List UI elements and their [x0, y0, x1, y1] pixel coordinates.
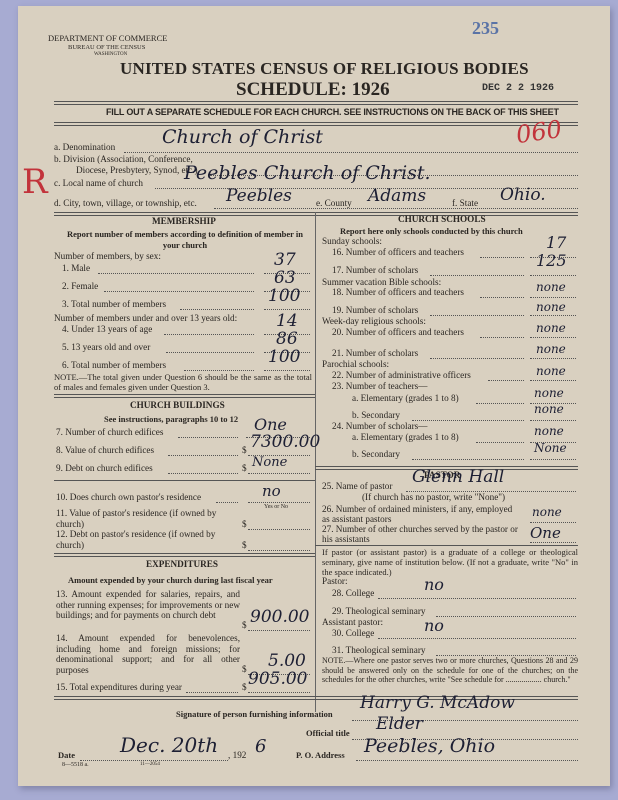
weekday-scholars-value[interactable]: none — [536, 342, 566, 356]
school-row-label: 24. Number of scholars— — [332, 421, 427, 432]
residence-value-field[interactable] — [248, 529, 310, 530]
sunday-officers-value[interactable]: 17 — [546, 233, 566, 252]
edifices-value[interactable]: 7300.00 — [250, 432, 320, 452]
total-expenditures-value[interactable]: 905.00 — [248, 669, 307, 689]
pastor-college-label: 28. College — [332, 588, 374, 599]
school-row-label: 21. Number of scholars — [332, 348, 418, 359]
date-label: Date — [58, 750, 75, 761]
expenditure-row-label: 15. Total expenditures during year — [56, 682, 182, 693]
county-label: e. County — [316, 198, 352, 209]
school-row-label: 19. Number of scholars — [332, 305, 418, 316]
weekday-schools-label: Week-day religious schools: — [322, 316, 426, 327]
division-label: b. Division (Association, Conference, — [54, 154, 193, 165]
secondary-scholars-value[interactable]: None — [534, 441, 567, 455]
sunday-schools-label: Sunday schools: — [322, 236, 382, 247]
membership-subtitle: Report number of members according to de… — [60, 229, 310, 251]
yes-no-hint: Yes or No — [264, 504, 288, 510]
pastor-name-hint: (If church has no pastor, write "None") — [362, 492, 505, 503]
weekday-officers-value[interactable]: none — [536, 321, 566, 335]
form-subtitle: SCHEDULE: 1926 — [236, 79, 390, 101]
denomination-label: a. Denomination — [54, 142, 115, 153]
department-label: DEPARTMENT OF COMMERCE — [48, 33, 167, 44]
pastor-name-label: 25. Name of pastor — [322, 481, 392, 492]
school-row-label: 23. Number of teachers— — [332, 381, 427, 392]
school-row-label: 20. Number of officers and teachers — [332, 327, 464, 338]
under-13-count[interactable]: 14 — [276, 311, 298, 331]
school-row-label: b. Secondary — [352, 410, 400, 421]
elementary-scholars-value[interactable]: none — [534, 424, 564, 438]
school-row-label: 17. Number of scholars — [332, 265, 418, 276]
school-row-label: 18. Number of officers and teachers — [332, 287, 464, 298]
city-value[interactable]: Peebles — [226, 186, 292, 206]
assistant-college-label: 30. College — [332, 628, 374, 639]
expenditures-subtitle: Amount expended by your church during la… — [68, 575, 273, 586]
division-label-2: Diocese, Presbytery, Synod, etc.) — [76, 165, 198, 176]
edifices-debt-value[interactable]: None — [252, 455, 287, 470]
assistant-ministers-value[interactable]: none — [532, 505, 562, 519]
membership-row-label: 1. Male — [62, 263, 90, 274]
divider — [54, 101, 578, 105]
divider — [54, 553, 315, 557]
membership-row-label: 6. Total number of members — [62, 360, 166, 371]
school-row-label: 22. Number of administrative officers — [332, 370, 471, 381]
local-name-label: c. Local name of church — [54, 178, 143, 189]
buildings-title: CHURCH BUILDINGS — [130, 400, 225, 411]
other-churches-label: 27. Number of other churches served by t… — [322, 524, 522, 544]
parochial-admin-value[interactable]: none — [536, 364, 566, 378]
assistant-seminary-label: 31. Theological seminary — [332, 645, 425, 656]
year-prefix: , 192 — [228, 750, 246, 761]
membership-row-label: 3. Total number of members — [62, 299, 166, 310]
assistant-subsection-label: Assistant pastor: — [322, 617, 383, 628]
official-title-label: Official title — [306, 728, 350, 739]
building-row-label: 12. Debt on pastor's residence (if owned… — [56, 529, 242, 551]
date-value[interactable]: Dec. 20th — [120, 733, 218, 757]
pastor-seminary-field[interactable] — [436, 616, 576, 617]
received-date-stamp: DEC 2 2 1926 — [482, 83, 554, 94]
signature-label: Signature of person furnishing informati… — [176, 709, 333, 720]
divider — [54, 212, 578, 216]
age-label: Number of members under and over 13 year… — [54, 313, 237, 324]
total-members-by-age-count[interactable]: 100 — [268, 347, 300, 367]
elementary-teachers-value[interactable]: none — [534, 386, 564, 400]
running-expenses-value[interactable]: 900.00 — [250, 607, 309, 627]
red-review-mark: R — [22, 162, 48, 202]
city-label: d. City, town, village, or township, etc… — [54, 198, 197, 209]
benevolences-value[interactable]: 5.00 — [268, 651, 306, 671]
by-sex-label: Number of members, by sex: — [54, 251, 161, 262]
state-label: f. State — [452, 198, 478, 209]
membership-row-label: 5. 13 years old and over — [62, 342, 150, 353]
parochial-schools-label: Parochial schools: — [322, 359, 389, 370]
over-13-count[interactable]: 86 — [276, 329, 298, 349]
secondary-teachers-value[interactable]: none — [534, 402, 564, 416]
buildings-subtitle: See instructions, paragraphs 10 to 12 — [104, 414, 238, 425]
assistant-ministers-label: 26. Number of ordained ministers, if any… — [322, 504, 522, 524]
form-title: UNITED STATES CENSUS OF RELIGIOUS BODIES — [120, 59, 529, 79]
sunday-scholars-value[interactable]: 125 — [536, 251, 567, 270]
po-address-value[interactable]: Peebles, Ohio — [364, 735, 495, 757]
expenditures-title: EXPENDITURES — [146, 559, 218, 570]
building-row-label: 9. Debt on church edifices — [56, 463, 153, 474]
po-address-label: P. O. Address — [296, 750, 345, 761]
residence-debt-field[interactable] — [248, 550, 310, 551]
expenditure-row-label: 14. Amount expended for benevolences, in… — [56, 633, 240, 675]
male-count[interactable]: 37 — [274, 250, 296, 270]
official-title-value[interactable]: Elder — [376, 714, 423, 734]
form-code: 8—5518 a. — [62, 762, 89, 768]
female-count[interactable]: 63 — [274, 268, 296, 288]
membership-row-label: 2. Female — [62, 281, 98, 292]
other-churches-value[interactable]: One — [530, 524, 561, 542]
serial-number: 235 — [472, 18, 499, 39]
denomination-value[interactable]: Church of Christ — [162, 126, 323, 148]
total-members-count[interactable]: 100 — [268, 286, 300, 306]
building-row-label: 10. Does church own pastor's residence — [56, 492, 201, 503]
state-value[interactable]: Ohio. — [500, 185, 546, 205]
schools-title: CHURCH SCHOOLS — [398, 214, 486, 225]
bureau-label: BUREAU OF THE CENSUS — [68, 44, 145, 51]
school-row-label: 16. Number of officers and teachers — [332, 247, 464, 258]
divider — [54, 394, 315, 398]
instruction-banner: FILL OUT A SEPARATE SCHEDULE FOR EACH CH… — [106, 107, 559, 117]
pastor-college-value[interactable]: no — [424, 575, 444, 594]
building-row-label: 8. Value of church edifices — [56, 445, 154, 456]
column-divider — [315, 212, 316, 712]
owns-residence-value[interactable]: no — [262, 482, 281, 500]
pastor-name-value[interactable]: Glenn Hall — [412, 467, 504, 487]
school-row-label: a. Elementary (grades 1 to 8) — [352, 432, 459, 443]
pastor-subsection-label: Pastor: — [322, 576, 348, 587]
city-label: WASHINGTON — [94, 52, 127, 57]
school-row-label: b. Secondary — [352, 449, 400, 460]
assistant-college-value[interactable]: no — [424, 616, 444, 635]
county-value[interactable]: Adams — [368, 186, 426, 206]
summer-officers-value[interactable]: none — [536, 280, 566, 294]
building-row-label: 7. Number of church edifices — [56, 427, 163, 438]
expenditure-row-label: 13. Amount expended for salaries, repair… — [56, 589, 240, 621]
local-name-value[interactable]: Peebles Church of Christ. — [184, 162, 431, 184]
building-row-label: 11. Value of pastor's residence (if owne… — [56, 508, 242, 530]
pastor-seminary-label: 29. Theological seminary — [332, 606, 425, 617]
signature-value[interactable]: Harry G. McAdow — [360, 693, 515, 713]
membership-row-label: 4. Under 13 years of age — [62, 324, 152, 335]
membership-title: MEMBERSHIP — [152, 216, 216, 227]
year-value[interactable]: 6 — [255, 736, 266, 757]
school-row-label: a. Elementary (grades 1 to 8) — [352, 393, 459, 404]
membership-note: NOTE.—The total given under Question 6 s… — [54, 372, 312, 392]
graduate-instructions: If pastor (or assistant pastor) is a gra… — [322, 547, 578, 577]
print-code: 11—2054 — [140, 762, 160, 767]
pastor-note: NOTE.—Where one pastor serves two or mor… — [322, 656, 578, 685]
summer-scholars-value[interactable]: none — [536, 300, 566, 314]
